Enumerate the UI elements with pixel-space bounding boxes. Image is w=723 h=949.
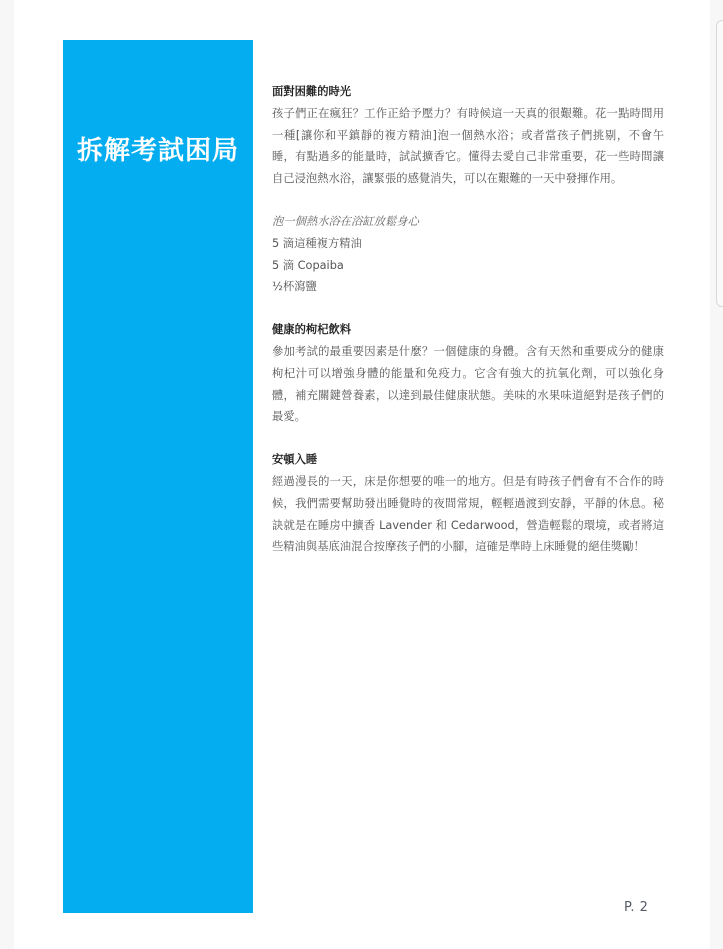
sidebar-banner: 拆解考試困局 xyxy=(63,40,253,913)
section-bath-recipe: 泡一個熱水浴在浴缸放鬆身心 5 滴這種複方精油 5 滴 Copaiba ½杯瀉鹽 xyxy=(272,211,664,298)
section-heading: 安頓入睡 xyxy=(272,449,664,471)
main-content: 面對困難的時光 孩子們正在瘋狂？工作正給予壓力？有時候這一天真的很艱難。花一點時… xyxy=(272,81,664,579)
recipe-line: 5 滴這種複方精油 xyxy=(272,233,664,255)
section-heading: 面對困難的時光 xyxy=(272,81,664,103)
recipe-title: 泡一個熱水浴在浴缸放鬆身心 xyxy=(272,211,664,233)
page-number: P. 2 xyxy=(624,900,648,915)
scrollbar-thumb[interactable] xyxy=(716,20,723,307)
section-body: 經過漫長的一天，床是你想要的唯一的地方。但是有時孩子們會有不合作的時候，我們需要… xyxy=(272,471,664,558)
section-sleep: 安頓入睡 經過漫長的一天，床是你想要的唯一的地方。但是有時孩子們會有不合作的時候… xyxy=(272,449,664,558)
section-body: 參加考試的最重要因素是什麼？一個健康的身體。含有天然和重要成分的健康枸杞汁可以增… xyxy=(272,341,664,428)
section-difficult-times: 面對困難的時光 孩子們正在瘋狂？工作正給予壓力？有時候這一天真的很艱難。花一點時… xyxy=(272,81,664,190)
page-title: 拆解考試困局 xyxy=(77,130,239,167)
section-heading: 健康的枸杞飲料 xyxy=(272,319,664,341)
recipe-line: 5 滴 Copaiba xyxy=(272,255,664,277)
section-goji-drink: 健康的枸杞飲料 參加考試的最重要因素是什麼？一個健康的身體。含有天然和重要成分的… xyxy=(272,319,664,428)
recipe-line: ½杯瀉鹽 xyxy=(272,276,664,298)
section-body: 孩子們正在瘋狂？工作正給予壓力？有時候這一天真的很艱難。花一點時間用一種[讓你和… xyxy=(272,103,664,190)
